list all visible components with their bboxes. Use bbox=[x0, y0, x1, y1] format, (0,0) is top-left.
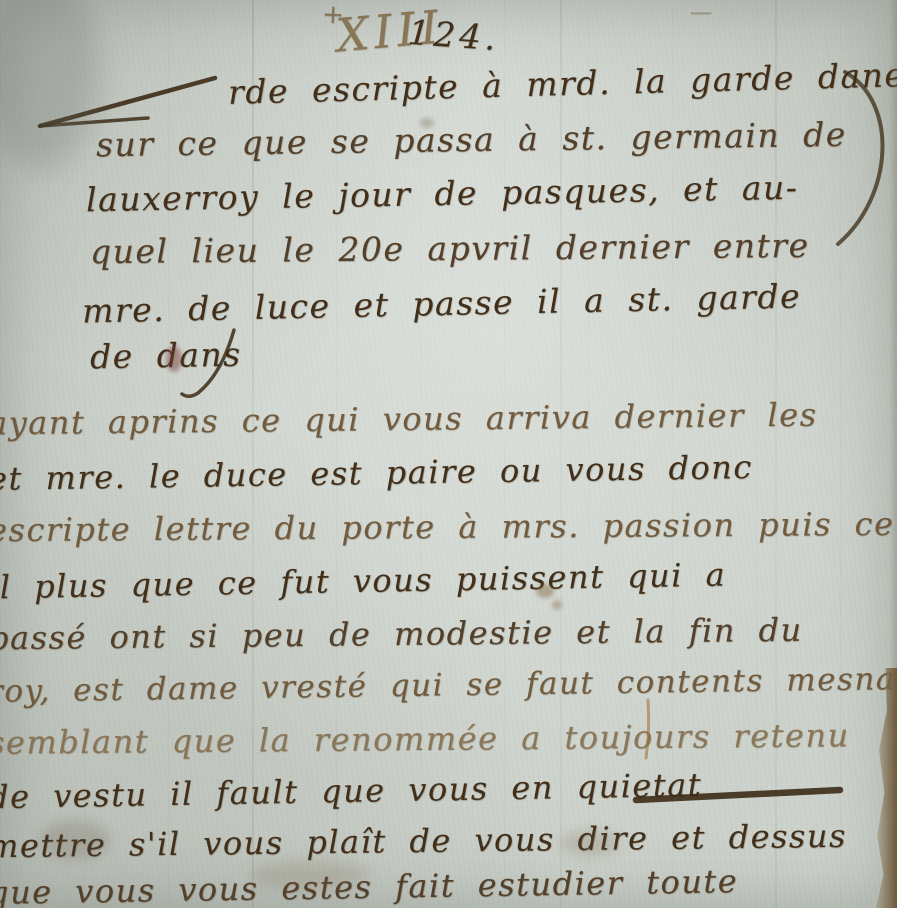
manuscript-page: + XIII 124. — rde escripte à mrd. la gar… bbox=[0, 0, 897, 908]
ink-stain bbox=[552, 600, 562, 610]
manuscript-line: lauxerroy le jour de pasques, et au- bbox=[86, 168, 799, 219]
right-margin-flourish bbox=[838, 72, 882, 244]
manuscript-line: que vous vous estes fait estudier toute bbox=[0, 862, 738, 908]
corner-shadow bbox=[0, 0, 100, 170]
opening-paraph-stroke bbox=[40, 78, 215, 126]
manuscript-line: sur ce que se passa à st. germain de bbox=[96, 115, 847, 164]
manuscript-line: et mre. le duce est paire ou vous donc bbox=[0, 448, 753, 498]
manuscript-line: rde escripte à mrd. la garde dane bbox=[228, 55, 897, 112]
manuscript-line: mre. de luce et passe il a st. garde bbox=[82, 276, 802, 330]
manuscript-line: ayant aprins ce qui vous arriva dernier … bbox=[0, 396, 818, 443]
manuscript-line: passé ont si peu de modestie et la fin d… bbox=[0, 611, 803, 658]
stray-ink-mark: — bbox=[690, 0, 714, 25]
manuscript-line: il plus que ce fut vous puissent qui a bbox=[0, 556, 726, 607]
manuscript-line: quel lieu le 20e apvril dernier entre bbox=[90, 226, 810, 271]
manuscript-line: semblant que la renommée a toujours rete… bbox=[0, 716, 850, 762]
manuscript-line: escripte lettre du porte à mrs. passion … bbox=[0, 505, 895, 549]
manuscript-line: de dans bbox=[90, 335, 242, 377]
torn-page-edge bbox=[867, 668, 897, 908]
manuscript-line: roy, est dame vresté qui se faut content… bbox=[0, 660, 897, 709]
page-number: 124. bbox=[407, 13, 501, 59]
manuscript-line: de vestu il fault que vous en quietat bbox=[0, 766, 702, 816]
manuscript-line: mettre s'il vous plaît de vous dire et d… bbox=[0, 817, 847, 865]
